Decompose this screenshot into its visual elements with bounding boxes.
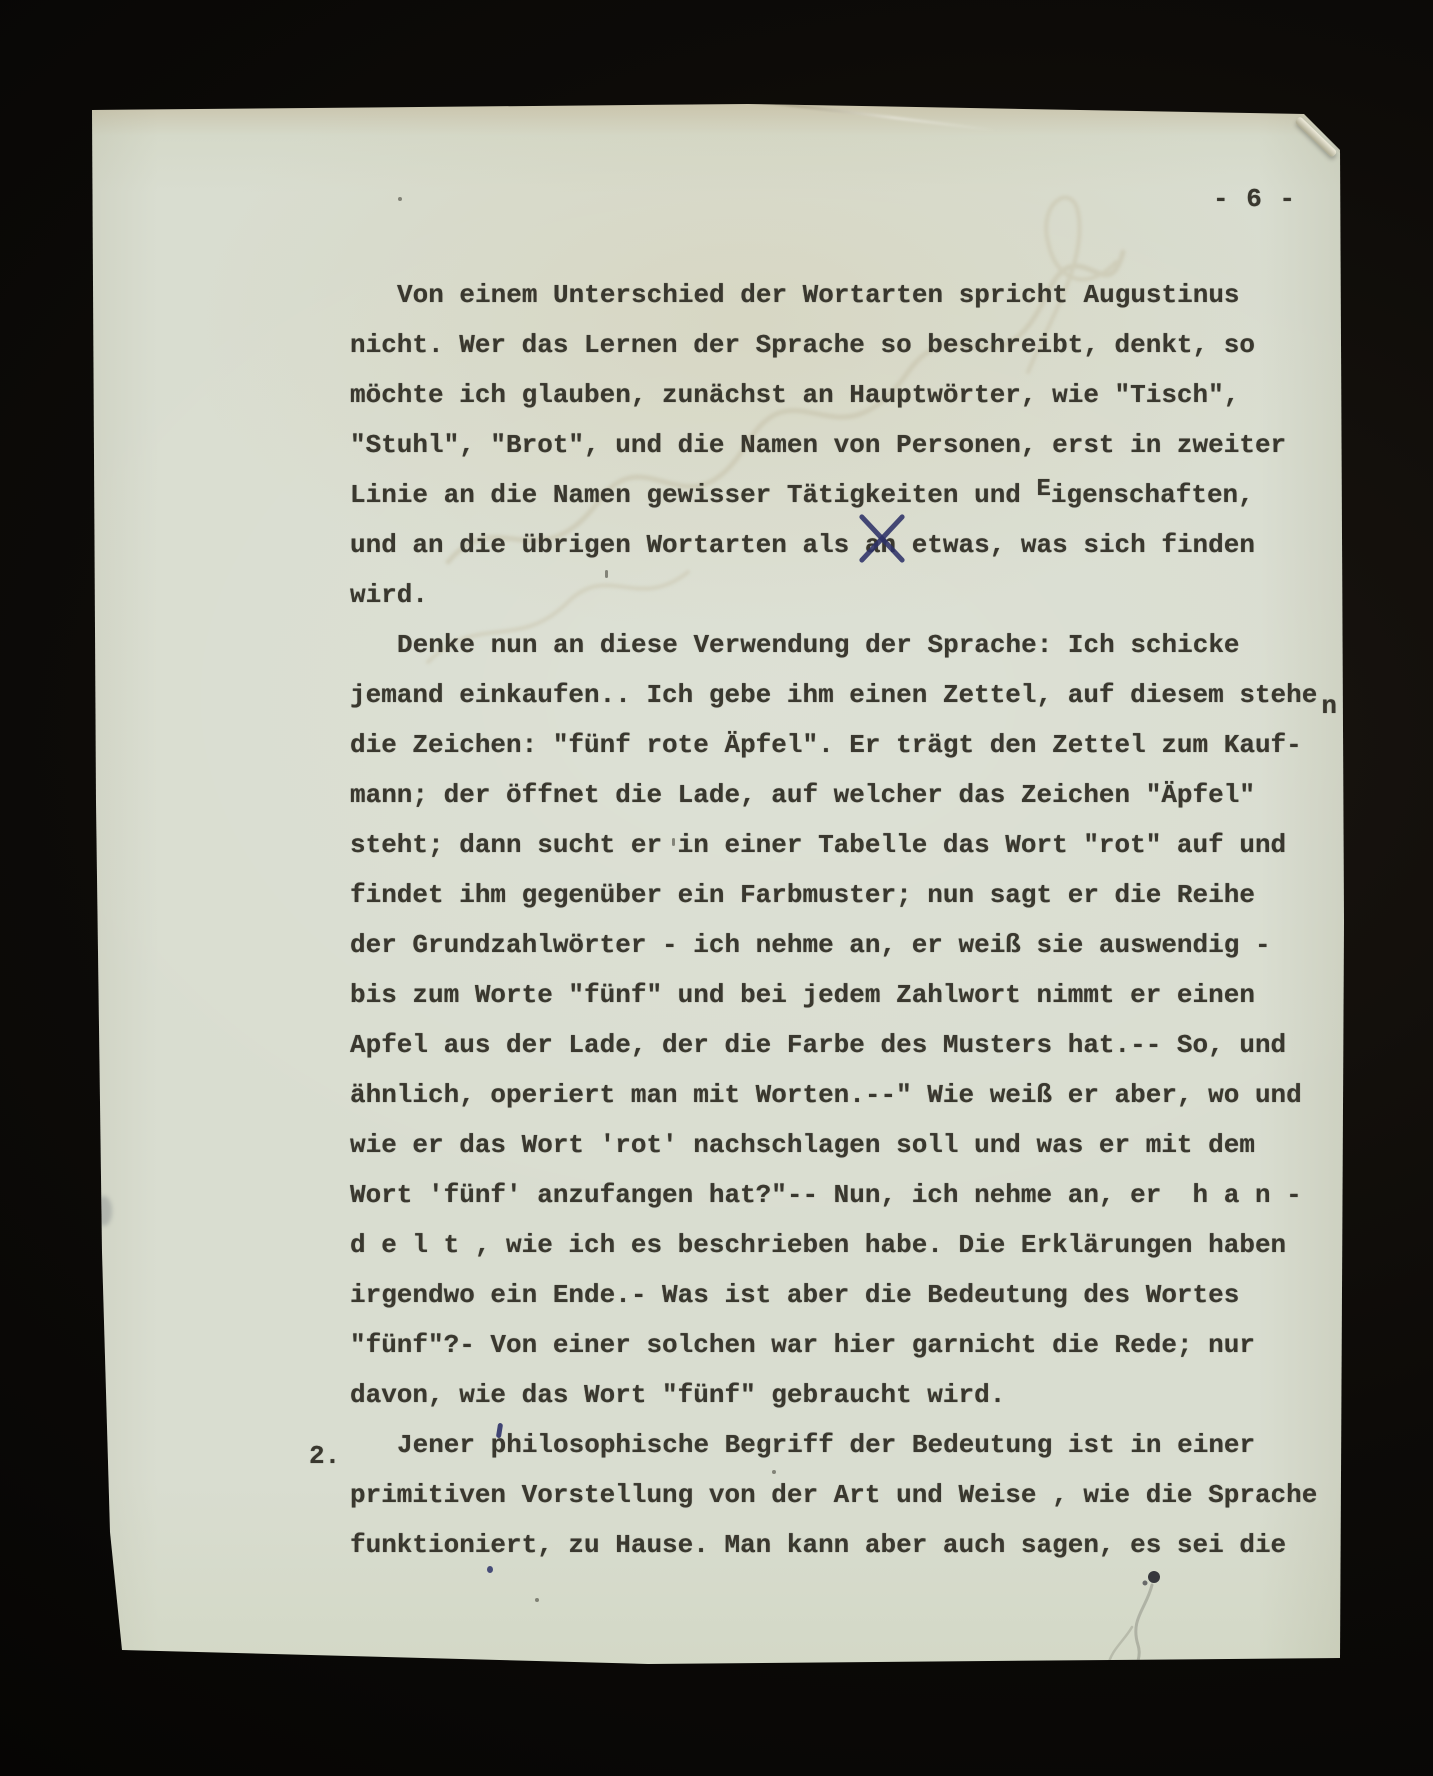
typed-line: steht; dann sucht er in einer Tabelle da… — [350, 820, 1360, 870]
typescript-page: - 6 - 2. Von einem Unterschied der Worta… — [88, 102, 1348, 1670]
ink-speck — [398, 197, 402, 201]
typed-line: wie er das Wort 'rot' nachschlagen soll … — [350, 1120, 1360, 1170]
typed-line: findet ihm gegenüber ein Farbmuster; nun… — [350, 870, 1360, 920]
page-number: - 6 - — [1213, 184, 1296, 214]
typed-line: ähnlich, operiert man mit Worten.--" Wie… — [350, 1070, 1360, 1120]
scan-background: - 6 - 2. Von einem Unterschied der Worta… — [0, 0, 1433, 1776]
typed-line: primitiven Vorstellung von der Art und W… — [350, 1470, 1360, 1520]
typed-line: Von einem Unterschied der Wortarten spri… — [350, 270, 1360, 320]
ink-speck — [535, 1598, 539, 1602]
typed-line: davon, wie das Wort "fünf" gebraucht wir… — [350, 1370, 1360, 1420]
typed-line: möchte ich glauben, zunächst an Hauptwör… — [350, 370, 1360, 420]
blue-ink-dot — [487, 1566, 493, 1573]
typed-text-block: Von einem Unterschied der Wortarten spri… — [350, 270, 1360, 1570]
paper-crease — [689, 91, 997, 132]
typed-line: "fünf"?- Von einer solchen war hier garn… — [350, 1320, 1360, 1370]
typed-line: wird. — [350, 570, 1360, 620]
dog-ear-fold — [1294, 116, 1337, 158]
section-number: 2. — [309, 1441, 340, 1471]
typed-line: nicht. Wer das Lernen der Sprache so bes… — [350, 320, 1360, 370]
crossed-out-word: an — [865, 520, 896, 570]
typed-line: mann; der öffnet die Lade, auf welcher d… — [350, 770, 1360, 820]
typed-line: Denke nun an diese Verwendung der Sprach… — [350, 620, 1360, 670]
ink-speck — [605, 570, 608, 578]
ink-speck — [772, 1470, 776, 1474]
raised-word: E — [1037, 465, 1051, 515]
typed-line: irgendwo ein Ende.- Was ist aber die Bed… — [350, 1270, 1360, 1320]
dropped-word: n — [1321, 681, 1337, 731]
typed-line: bis zum Worte "fünf" und bei jedem Zahlw… — [350, 970, 1360, 1020]
typed-line: d e l t , wie ich es beschrieben habe. D… — [350, 1220, 1360, 1270]
typed-line: Wort 'fünf' anzufangen hat?"-- Nun, ich … — [350, 1170, 1360, 1220]
typed-line: und an die übrigen Wortarten als an etwa… — [350, 520, 1360, 570]
typed-line: die Zeichen: "fünf rote Äpfel". Er trägt… — [350, 720, 1360, 770]
typed-line: "Stuhl", "Brot", und die Namen von Perso… — [350, 420, 1360, 470]
typed-line: der Grundzahlwörter - ich nehme an, er w… — [350, 920, 1360, 970]
typed-line: jemand einkaufen.. Ich gebe ihm einen Ze… — [350, 670, 1360, 720]
typed-line: Linie an die Namen gewisser Tätigkeiten … — [350, 470, 1360, 520]
typed-line: Apfel aus der Lade, der die Farbe des Mu… — [350, 1020, 1360, 1070]
ink-smudge — [1088, 1557, 1278, 1757]
ink-speck — [672, 838, 675, 846]
edge-smudge — [96, 1196, 112, 1226]
torn-edge-highlight — [100, 1528, 122, 1656]
